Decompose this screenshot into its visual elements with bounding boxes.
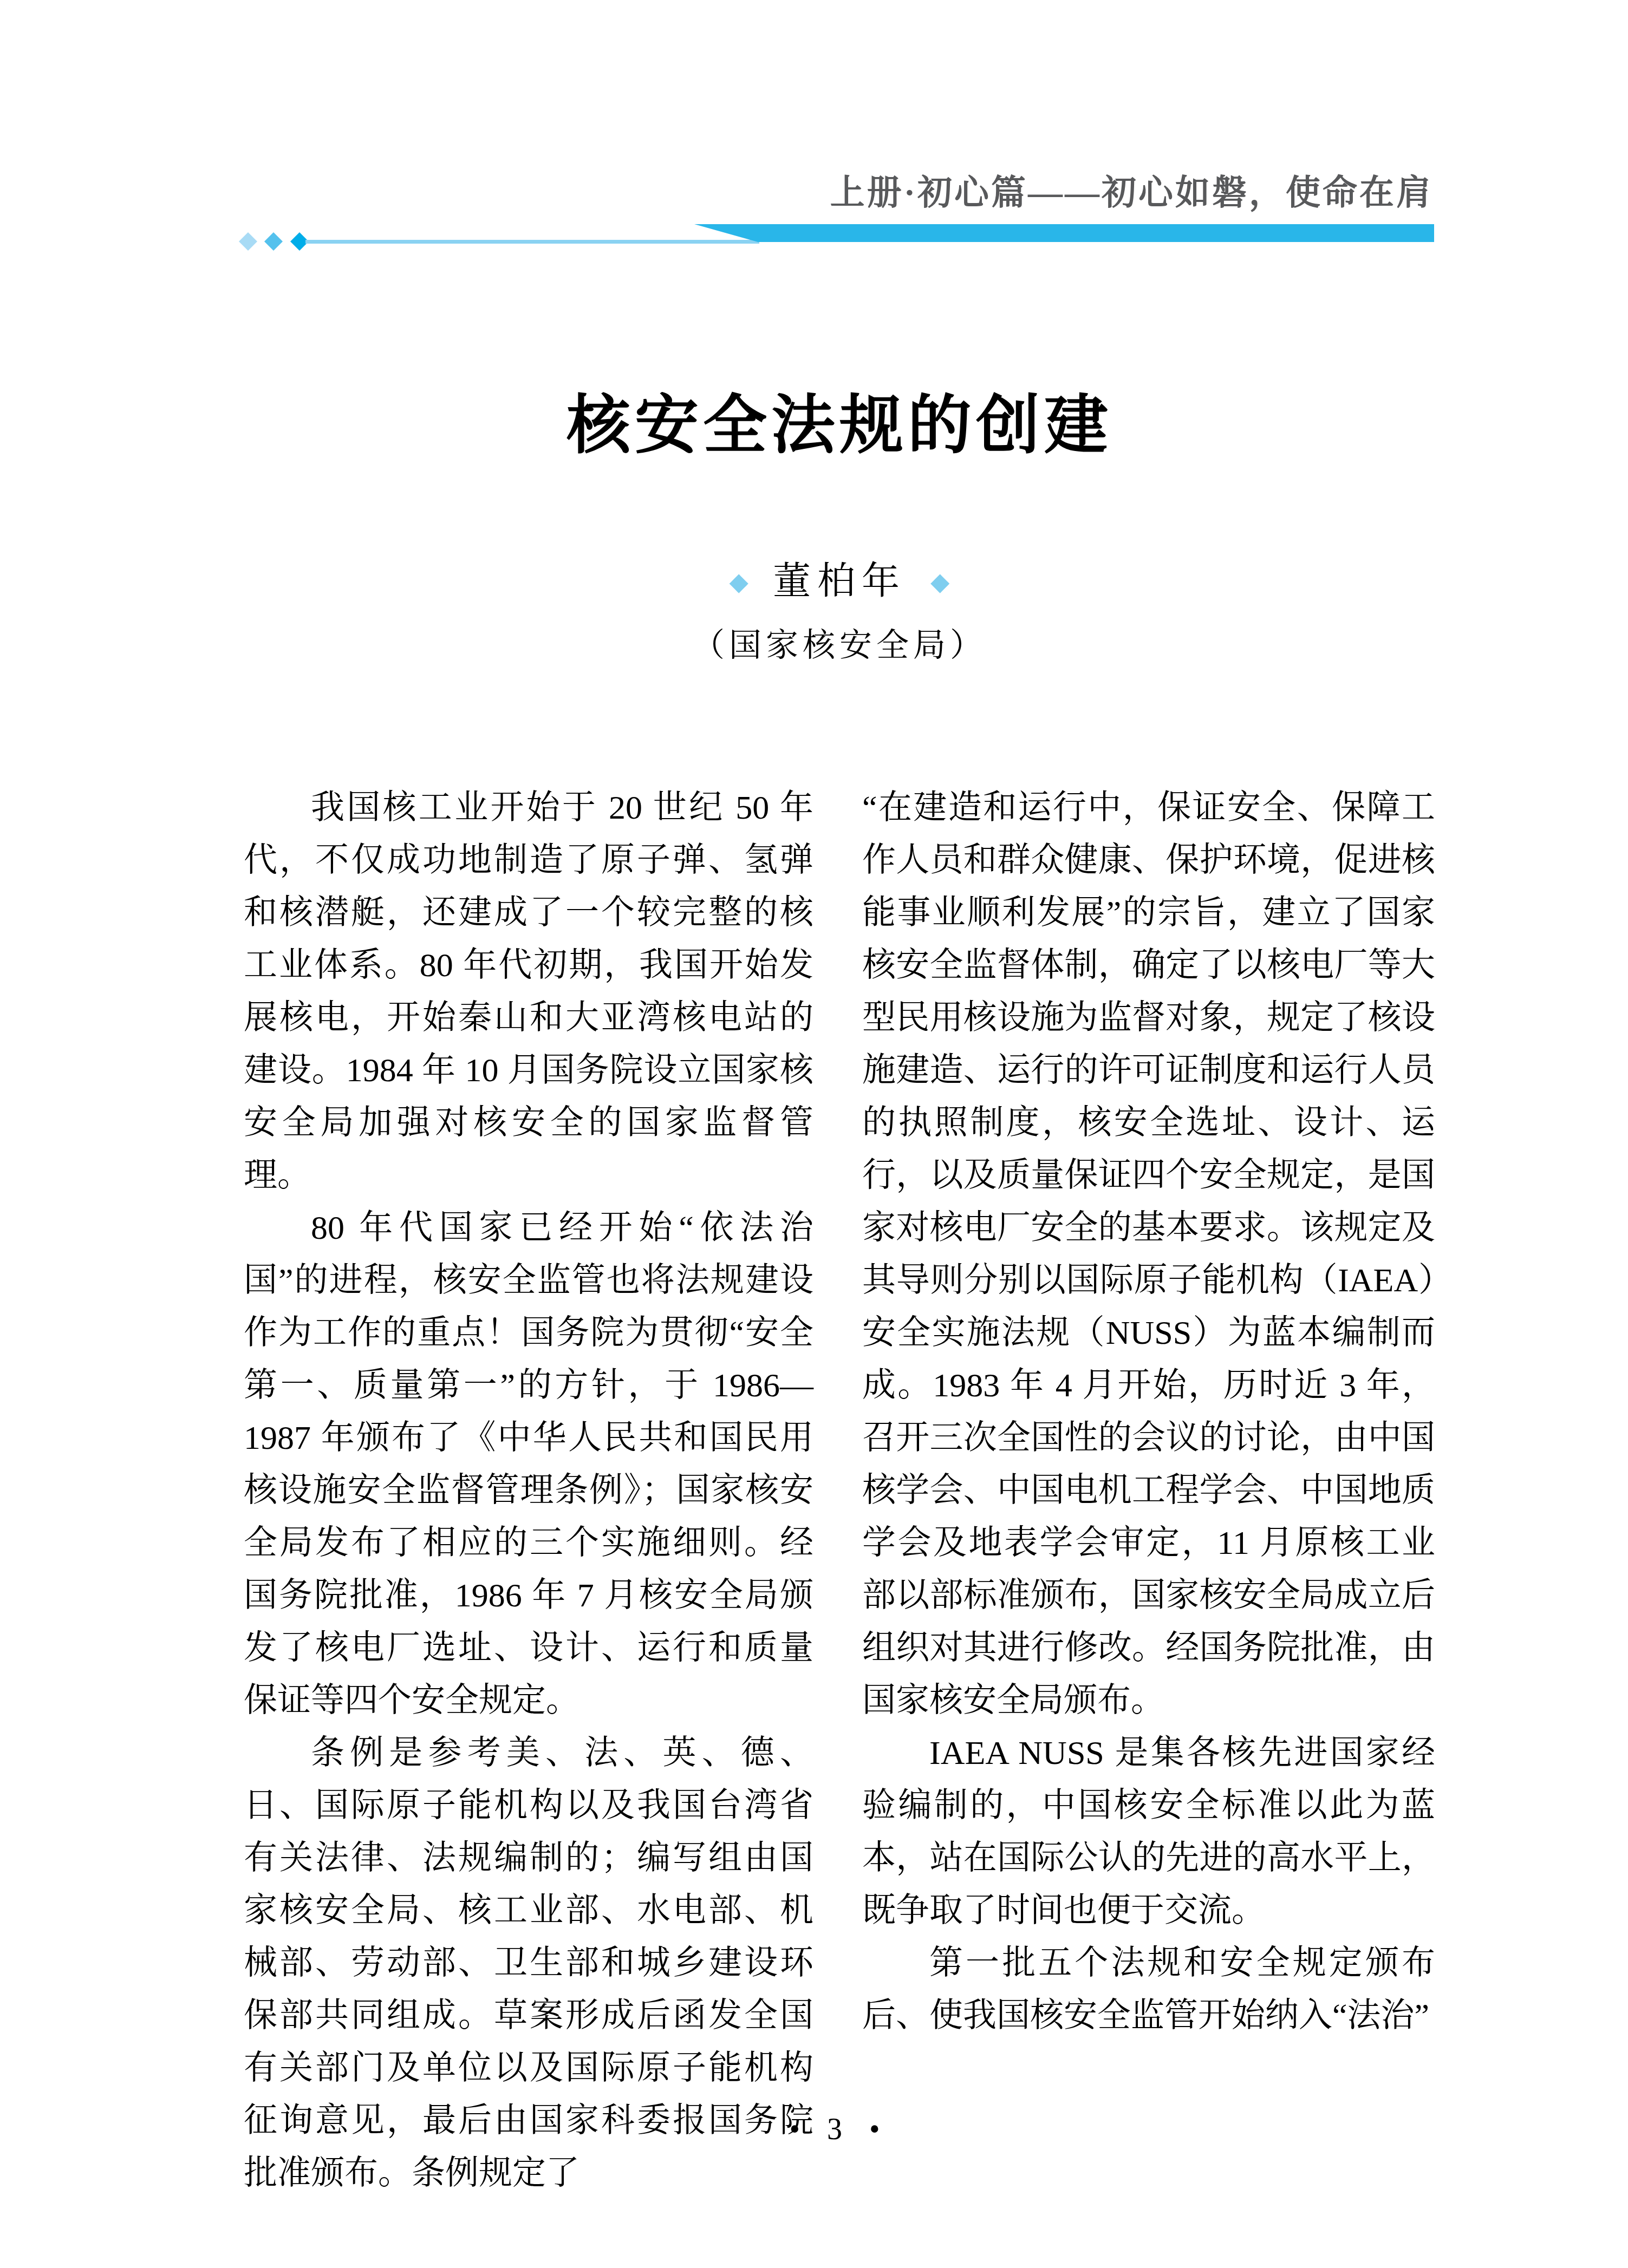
affiliation: （国家核安全局） bbox=[244, 624, 1435, 667]
left-column: 我国核工业开始于 20 世纪 50 年代，不仅成功地制造了原子弹、氢弹和核潜艇，… bbox=[244, 782, 813, 2200]
header-bar bbox=[694, 224, 1434, 242]
book-page: 上册·初心篇——初心如磐，使命在肩 核安全法规的创建 ◆ 董柏年 ◆ （国家核安… bbox=[0, 0, 1628, 2268]
paragraph: IAEA NUSS 是集各核先进国家经验编制的，中国核安全标准以此为蓝本，站在国… bbox=[862, 1727, 1435, 1937]
author-line: ◆ 董柏年 ◆ bbox=[244, 558, 1435, 606]
decorative-diamond-icon bbox=[239, 232, 257, 251]
page-number: • 3 • bbox=[244, 2110, 1435, 2148]
decorative-diamond-icon bbox=[264, 232, 283, 251]
article-title: 核安全法规的创建 bbox=[244, 385, 1435, 467]
diamond-icon: ◆ bbox=[730, 570, 748, 594]
paragraph: 第一批五个法规和安全规定颁布后、使我国核安全监管开始纳入“法治” bbox=[862, 1937, 1435, 2042]
right-column: “在建造和运行中，保证安全、保障工作人员和群众健康、保护环境，促进核能事业顺利发… bbox=[862, 782, 1435, 2042]
author-name: 董柏年 bbox=[773, 558, 906, 606]
diamond-icon: ◆ bbox=[930, 570, 949, 594]
paragraph: 我国核工业开始于 20 世纪 50 年代，不仅成功地制造了原子弹、氢弹和核潜艇，… bbox=[244, 782, 813, 1202]
paragraph: “在建造和运行中，保证安全、保障工作人员和群众健康、保护环境，促进核能事业顺利发… bbox=[862, 782, 1435, 1727]
header-rule-line bbox=[305, 240, 759, 244]
paragraph: 80 年代国家已经开始“依法治国”的进程，核安全监管也将法规建设作为工作的重点！… bbox=[244, 1202, 813, 1727]
running-title: 上册·初心篇——初心如磐，使命在肩 bbox=[830, 171, 1433, 214]
